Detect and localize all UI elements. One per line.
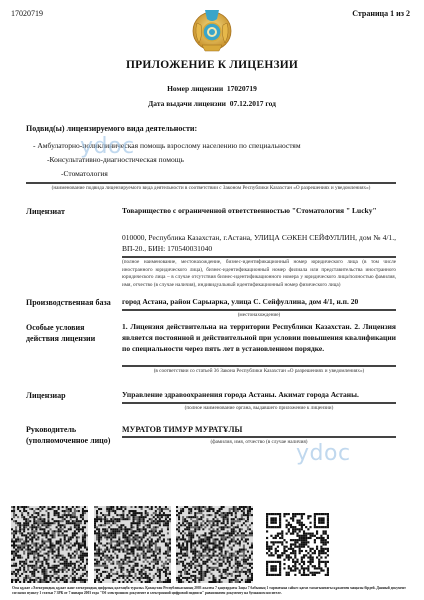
digital-signature-code-3 bbox=[176, 506, 253, 583]
head-label-line1: Руководитель bbox=[26, 425, 110, 436]
divider bbox=[122, 309, 396, 311]
special-conditions-label-line1: Особые условия bbox=[26, 323, 95, 334]
license-date-label: Дата выдачи лицензии bbox=[148, 99, 226, 108]
subtype-item: -Стоматология bbox=[61, 169, 108, 178]
licensee-name: Товарищество с ограниченной ответственно… bbox=[122, 206, 396, 217]
subtypes-heading: Подвид(ы) лицензируемого вида деятельнос… bbox=[26, 124, 197, 133]
licensee-address: 010000, Республика Казахстан, г.Астана, … bbox=[122, 233, 396, 255]
legal-footer: Осы құжат «Электрондық құжат және электр… bbox=[12, 586, 412, 597]
subtypes-note: (наименование подвида лицензируемого вид… bbox=[26, 185, 396, 193]
head-note: (фамилия, имя, отчество (в случае наличи… bbox=[122, 439, 396, 447]
license-issue-date: Дата выдачи лицензии 07.12.2017 год bbox=[0, 99, 424, 108]
license-number-label: Номер лицензии bbox=[167, 84, 223, 93]
production-base-value: город Астана, район Сарыарка, улица С. С… bbox=[122, 297, 396, 308]
divider bbox=[122, 436, 396, 438]
watermark: ydoc bbox=[80, 134, 135, 159]
license-date-value: 07.12.2017 год bbox=[230, 99, 276, 108]
special-conditions-value: 1. Лицензия действительна на территории … bbox=[122, 322, 396, 355]
license-number-value: 17020719 bbox=[227, 84, 257, 93]
licensee-note: (полное наименование, местонахождение, б… bbox=[122, 259, 396, 289]
divider bbox=[26, 182, 396, 184]
licensor-note: (полное наименование органа, выдавшего п… bbox=[122, 405, 396, 413]
barcode-pattern-icon bbox=[94, 506, 171, 583]
qr-code bbox=[266, 513, 329, 576]
barcode-pattern-icon bbox=[176, 506, 253, 583]
watermark: ydoc bbox=[296, 441, 351, 466]
kazakhstan-state-emblem-icon bbox=[191, 5, 233, 55]
production-base-note: (местонахождение) bbox=[122, 312, 396, 320]
licensor-value: Управление здравоохранения города Астаны… bbox=[122, 390, 396, 401]
page-indicator: Страница 1 из 2 bbox=[352, 9, 410, 18]
license-number: Номер лицензии 17020719 bbox=[0, 84, 424, 93]
special-conditions-label: Особые условия действия лицензии bbox=[26, 323, 95, 345]
qr-code-icon bbox=[266, 513, 329, 576]
divider bbox=[122, 365, 396, 367]
subtype-item: - Амбулаторно-поликлиническая помощь взр… bbox=[33, 141, 301, 150]
digital-signature-code-2 bbox=[94, 506, 171, 583]
licensee-label: Лицензиат bbox=[26, 207, 65, 218]
page-title: ПРИЛОЖЕНИЕ К ЛИЦЕНЗИИ bbox=[0, 59, 424, 71]
barcode-pattern-icon bbox=[11, 506, 88, 583]
production-base-label: Производственная база bbox=[26, 298, 111, 309]
document-number: 17020719 bbox=[11, 9, 43, 18]
head-label-line2: (уполномоченное лицо) bbox=[26, 436, 110, 447]
divider bbox=[122, 256, 396, 258]
divider bbox=[122, 402, 396, 404]
head-label: Руководитель (уполномоченное лицо) bbox=[26, 425, 110, 447]
special-conditions-label-line2: действия лицензии bbox=[26, 334, 95, 345]
licensor-label: Лицензиар bbox=[26, 391, 66, 402]
digital-signature-code-1 bbox=[11, 506, 88, 583]
special-conditions-note: (в соответствии со статьей 36 Закона Рес… bbox=[122, 368, 396, 376]
head-value: МУРАТОВ ТИМУР МУРАТҰЛЫ bbox=[122, 424, 396, 436]
